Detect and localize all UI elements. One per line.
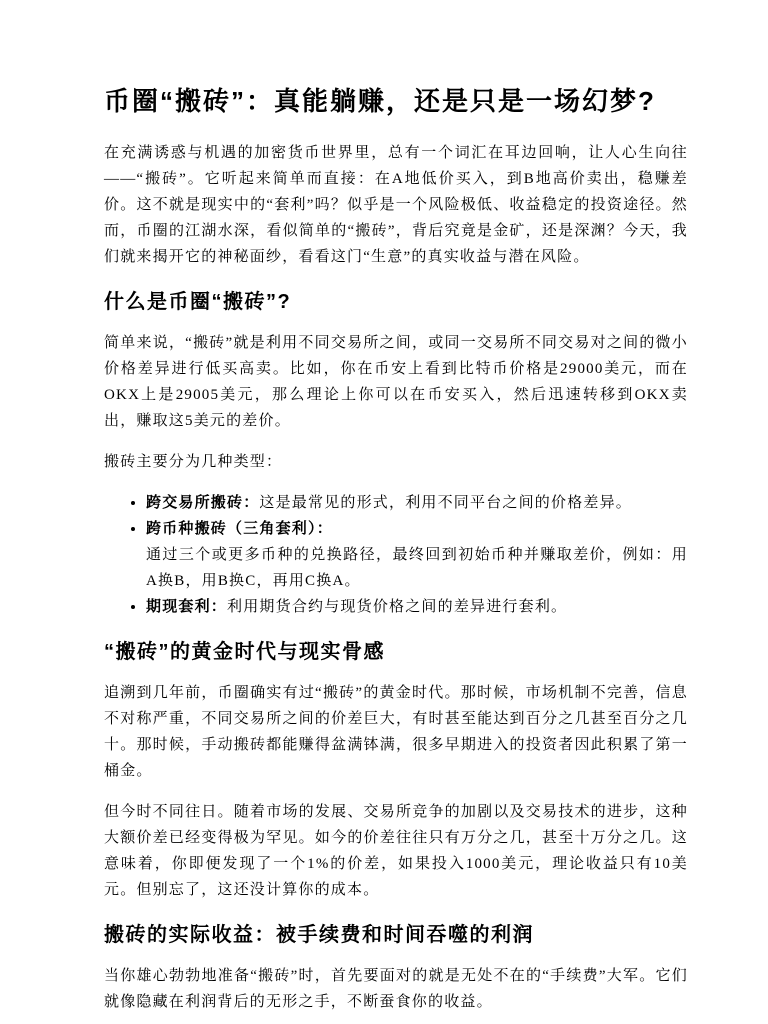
list-item-label: 跨交易所搬砖：	[146, 494, 259, 511]
section1-paragraph-types-intro: 搬砖主要分为几种类型：	[104, 449, 688, 475]
list-item-label: 期现套利：	[146, 598, 227, 615]
list-item-futures-spot-arbitrage: 期现套利：利用期货合约与现货价格之间的差异进行套利。	[146, 594, 688, 620]
list-item-label: 跨币种搬砖（三角套利）：	[146, 516, 688, 542]
intro-paragraph: 在充满诱惑与机遇的加密货币世界里，总有一个词汇在耳边回响，让人心生向往——“搬砖…	[104, 140, 688, 270]
section3-paragraph-fees: 当你雄心勃勃地准备“搬砖”时，首先要面对的就是无处不在的“手续费”大军。它们就像…	[104, 963, 688, 1015]
section1-paragraph-definition: 简单来说，“搬砖”就是利用不同交易所之间，或同一交易所不同交易对之间的微小价格差…	[104, 330, 688, 434]
section-heading-golden-age: “搬砖”的黄金时代与现实骨感	[104, 638, 688, 666]
list-item-text: 通过三个或更多币种的兑换路径，最终回到初始币种并赚取差价，例如：用A换B，用B换…	[146, 547, 688, 589]
article-title: 币圈“搬砖”：真能躺赚，还是只是一场幻梦?	[104, 84, 688, 118]
list-item-triangular-arbitrage: 跨币种搬砖（三角套利）：通过三个或更多币种的兑换路径，最终回到初始币种并赚取差价…	[146, 516, 688, 594]
section-heading-what-is-banzhuan: 什么是币圈“搬砖”?	[104, 288, 688, 316]
document-page: 币圈“搬砖”：真能躺赚，还是只是一场幻梦? 在充满诱惑与机遇的加密货币世界里，总…	[0, 0, 768, 1024]
arbitrage-types-list: 跨交易所搬砖：这是最常见的形式，利用不同平台之间的价格差异。 跨币种搬砖（三角套…	[104, 490, 688, 620]
list-item-cross-exchange: 跨交易所搬砖：这是最常见的形式，利用不同平台之间的价格差异。	[146, 490, 688, 516]
section-heading-actual-returns: 搬砖的实际收益：被手续费和时间吞噬的利润	[104, 921, 688, 949]
list-item-text: 这是最常见的形式，利用不同平台之间的价格差异。	[259, 495, 632, 511]
section2-paragraph-golden-age: 追溯到几年前，币圈确实有过“搬砖”的黄金时代。那时候，市场机制不完善，信息不对称…	[104, 680, 688, 784]
list-item-text: 利用期货合约与现货价格之间的差异进行套利。	[227, 599, 567, 615]
section2-paragraph-today: 但今时不同往日。随着市场的发展、交易所竞争的加剧以及交易技术的进步，这种大额价差…	[104, 799, 688, 903]
